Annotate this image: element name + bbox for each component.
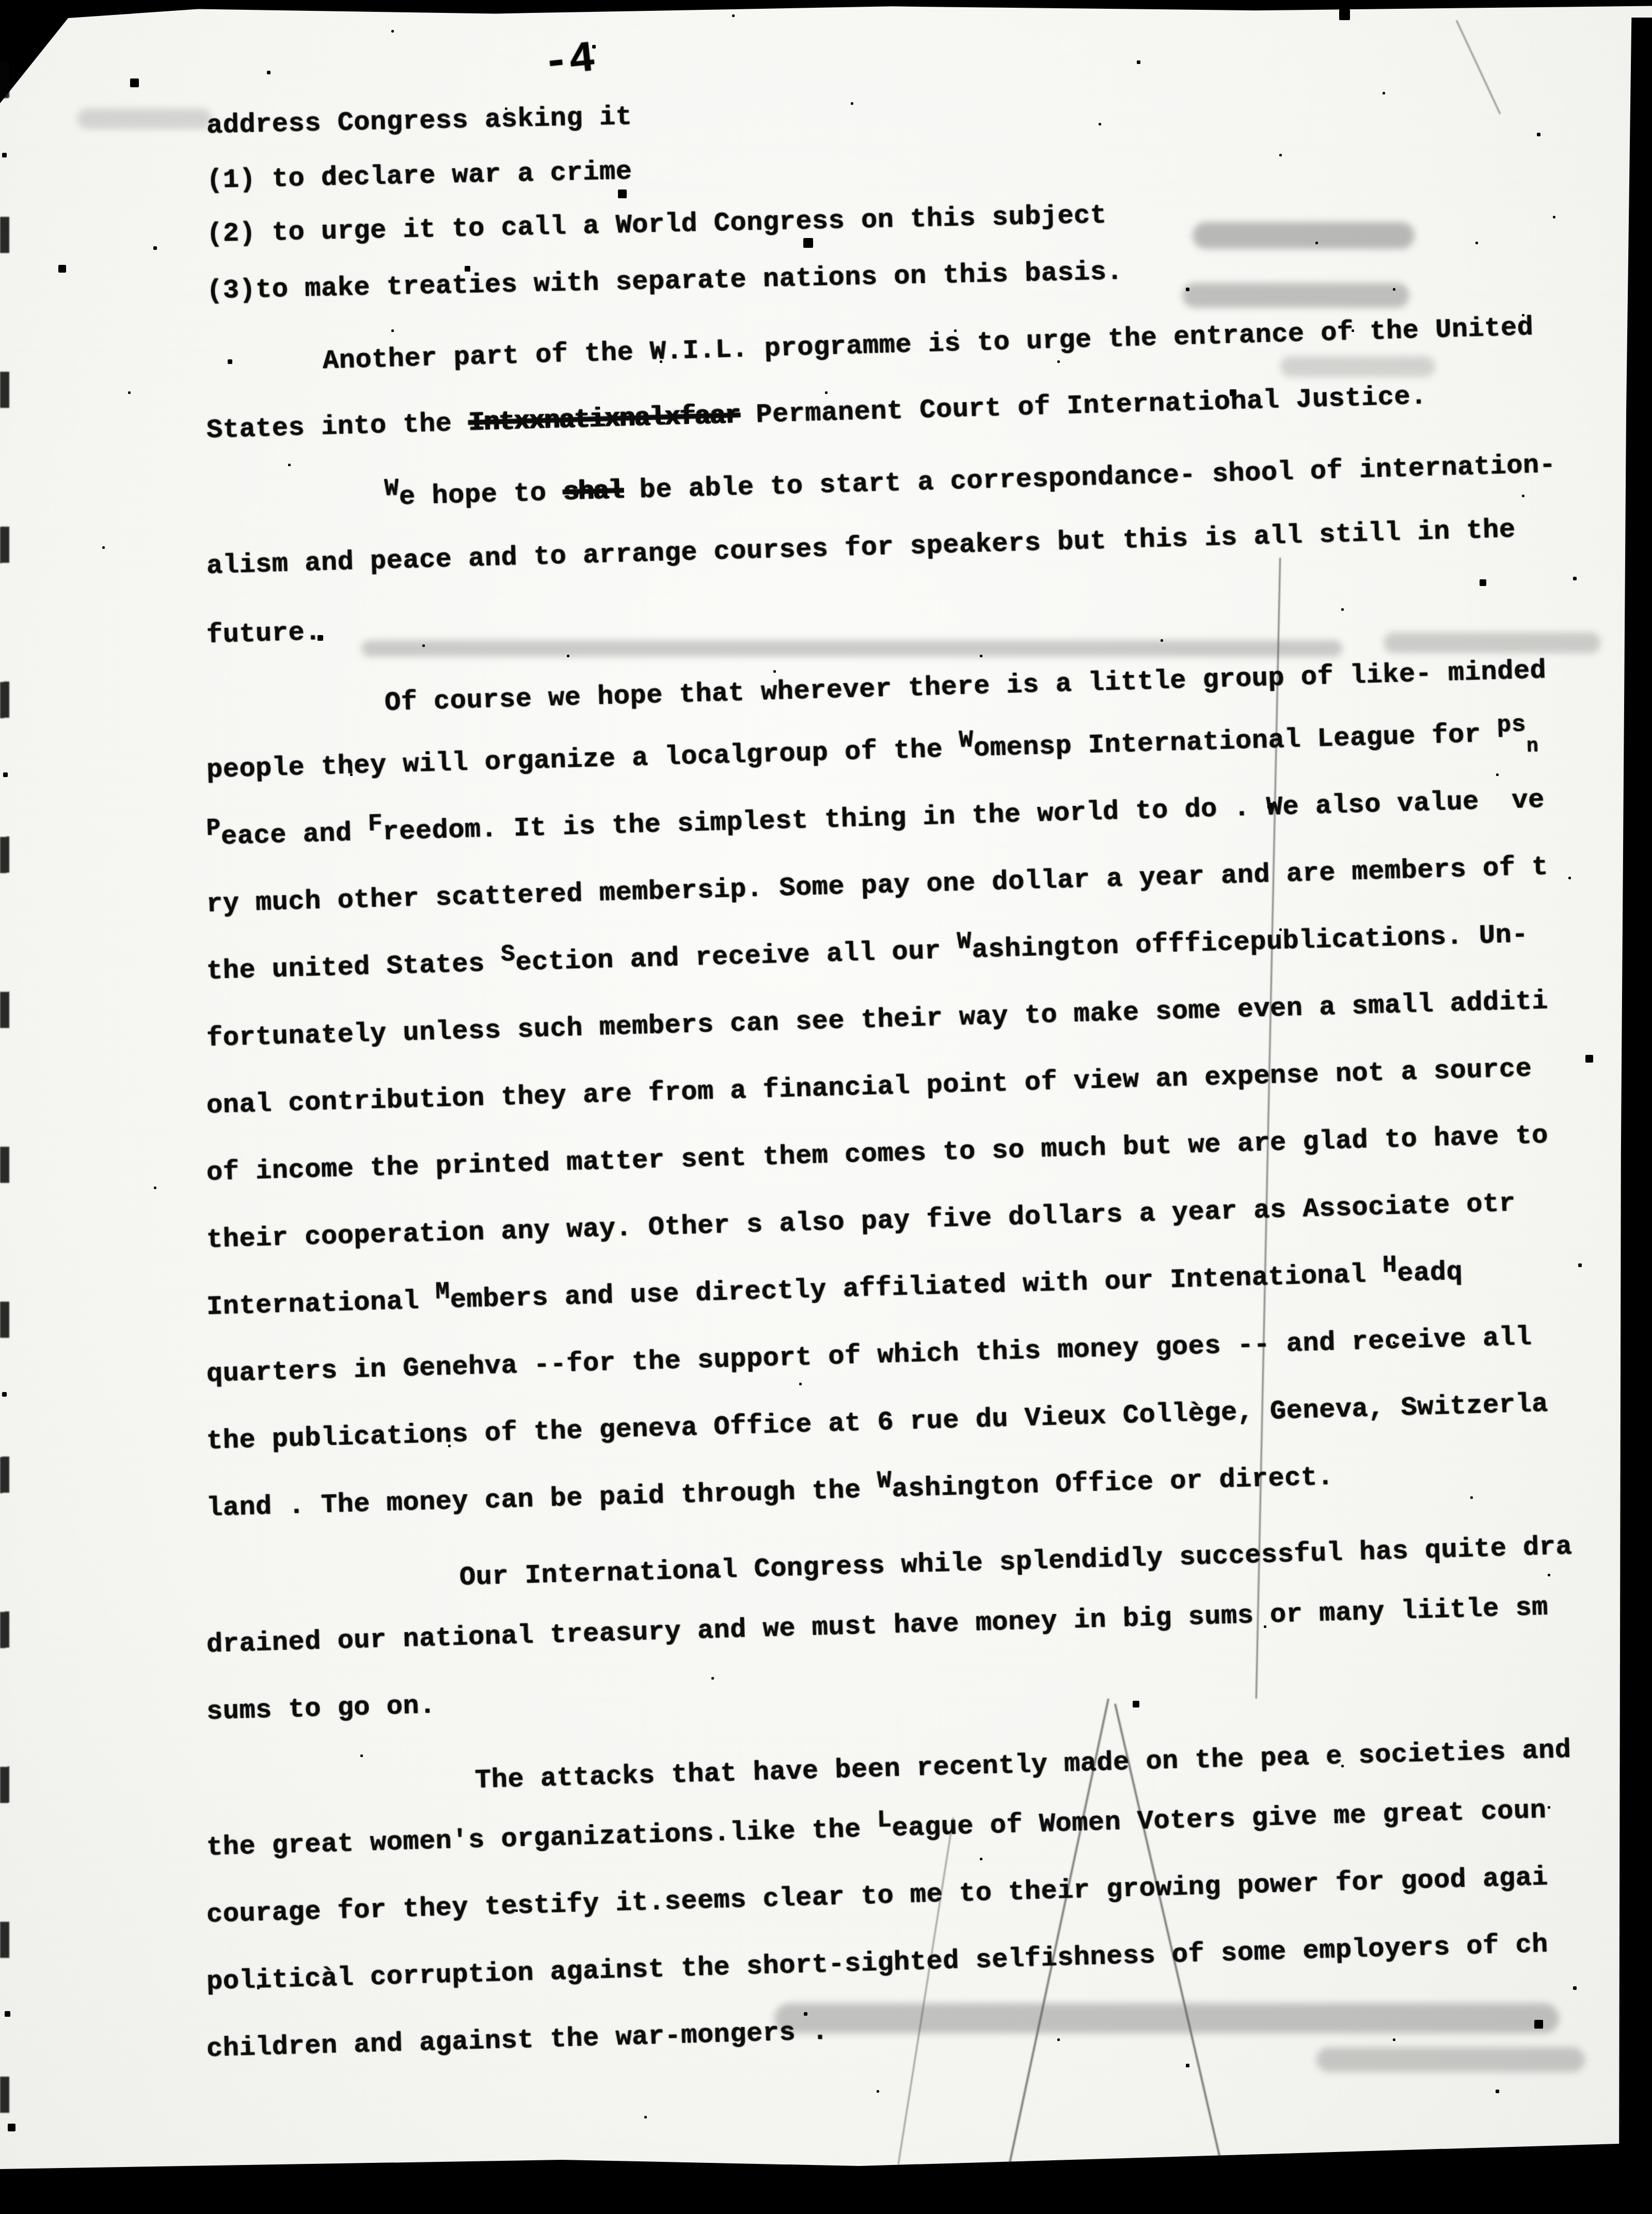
line-text: The attacks that have been recently made…: [474, 1735, 1571, 1796]
scan-smudge: [1182, 283, 1409, 308]
raised-letter: W: [384, 475, 400, 502]
line-text: (2) to urge it to call a World Congress …: [206, 200, 1107, 249]
line-text: address Congress asking it: [206, 102, 632, 141]
typed-line: courage for they testify it.seems clear …: [206, 1862, 1548, 1930]
typed-line: land . The money can be paid through the…: [206, 1462, 1334, 1524]
line-text: ashington Office or direct.: [892, 1462, 1334, 1505]
line-text: e hope to: [399, 477, 563, 512]
typed-line: States into the Intxxnatixnalxfaar Perma…: [206, 381, 1427, 446]
line-text: eadq: [1397, 1257, 1463, 1289]
scan-smudge: [1316, 2047, 1585, 2072]
typed-line: We hope to shal be able to start a corre…: [384, 450, 1556, 513]
crease-top-right: [1456, 20, 1501, 115]
line-text: States into the: [206, 408, 469, 446]
scan-edge-right: [1619, 18, 1652, 2202]
typed-line: future.: [206, 617, 321, 651]
raised-letter: W: [959, 727, 974, 754]
line-text: eague of Women Voters give me great coun: [892, 1795, 1547, 1844]
line-text: (1) to declare war a crime: [206, 156, 632, 196]
line-text: land . The money can be paid through the: [206, 1475, 878, 1524]
raised-letter: F: [368, 810, 383, 837]
line-text: drained our national treasury and we mus…: [206, 1592, 1548, 1660]
raised-letter: W: [877, 1467, 892, 1495]
struck-text: shal: [562, 476, 623, 508]
line-text: Of course we hope that wherever there is…: [384, 655, 1547, 718]
raised-letter: L: [877, 1807, 892, 1834]
fold-crease-faint: [898, 1817, 954, 2164]
typed-line: the great women's organizations.like the…: [206, 1795, 1547, 1863]
line-text: embers and use directly affiliated with …: [450, 1259, 1383, 1315]
typed-line: politicàl corruption against the short-s…: [206, 1929, 1548, 1997]
typed-line: children and against the war-mongers .: [206, 2016, 829, 2064]
correction-mark: ps: [1497, 711, 1527, 739]
typed-line: The attacks that have been recently made…: [474, 1735, 1571, 1796]
typed-line: Our International Congress while splendi…: [459, 1531, 1572, 1593]
raised-letter: H: [1382, 1252, 1397, 1279]
typed-line: quarters in Genehva --for the support of…: [206, 1322, 1532, 1389]
line-text: politicàl corruption against the short-s…: [206, 1929, 1548, 1997]
line-text: alism and peace and to arrange courses f…: [206, 514, 1516, 581]
scan-smudge: [1193, 222, 1415, 249]
correction-mark: n: [1526, 735, 1539, 758]
line-text: Permanent Court of International Justice…: [739, 381, 1427, 431]
line-text: sums to go on.: [206, 1690, 436, 1727]
line-text: ashington offficepublications. Un-: [972, 920, 1529, 966]
line-text: ry much other scattered membersip. Some …: [206, 851, 1548, 920]
typed-line: ry much other scattered membersip. Some …: [206, 851, 1548, 920]
typed-line: address Congress asking it: [206, 102, 632, 141]
scan-smudge: [774, 2003, 1559, 2033]
typed-line: alism and peace and to arrange courses f…: [206, 514, 1516, 581]
line-text: be able to start a correspondance- shool…: [623, 450, 1556, 506]
scanned-page: -4 address Congress asking it (1) to dec…: [0, 0, 1652, 2214]
typed-line: the publications of the geneva Office at…: [206, 1388, 1548, 1457]
typed-line: fortunately unless such members can see …: [206, 986, 1548, 1054]
scan-noise-blobs: [0, 0, 1, 1]
line-text: courage for they testify it.seems clear …: [206, 1862, 1548, 1930]
line-text: onal contribution they are from a financ…: [206, 1053, 1532, 1121]
typed-line: (2) to urge it to call a World Congress …: [206, 200, 1107, 249]
typed-line: their cooperation any way. Other s also …: [206, 1188, 1516, 1255]
line-text: ection and receive all our: [515, 935, 958, 978]
raised-letter: S: [500, 941, 516, 968]
typed-line: International Members and use directly a…: [206, 1257, 1463, 1322]
line-text: (3)to make treaties with separate nation…: [206, 257, 1123, 306]
line-text: people they will organize a localgroup o…: [206, 734, 960, 785]
struck-text: Intxxnatixnalxfaar: [468, 400, 740, 438]
line-text: International: [206, 1286, 436, 1322]
line-text: the great women's organizations.like the: [206, 1814, 878, 1863]
page-number: -4: [541, 35, 597, 89]
line-text: of income the printed matter sent them c…: [206, 1120, 1548, 1188]
scan-smudge: [1280, 356, 1435, 377]
scan-edge-top-left: [0, 0, 83, 103]
scan-edge-left-marks: [0, 62, 9, 2169]
typed-line: people they will organize a localgroup o…: [206, 718, 1538, 785]
typed-line: of income the printed matter sent them c…: [206, 1120, 1548, 1188]
line-text: future.: [206, 617, 321, 651]
scan-smudge: [77, 108, 212, 129]
raised-letter: M: [435, 1278, 451, 1306]
scan-edge-top: [0, 0, 1652, 23]
scan-smudge: [361, 640, 1342, 657]
line-text: fortunately unless such members can see …: [206, 986, 1548, 1054]
typed-line: (3)to make treaties with separate nation…: [206, 257, 1123, 306]
line-text: quarters in Genehva --for the support of…: [206, 1322, 1532, 1389]
line-text: their cooperation any way. Other s also …: [206, 1188, 1516, 1255]
typed-line: sums to go on.: [206, 1690, 436, 1727]
typed-line: (1) to declare war a crime: [206, 156, 632, 196]
typed-line: drained our national treasury and we mus…: [206, 1592, 1548, 1660]
line-text: the publications of the geneva Office at…: [206, 1388, 1548, 1457]
raised-letter: W: [957, 928, 972, 956]
typed-line: onal contribution they are from a financ…: [206, 1053, 1532, 1121]
typed-line: Peace and Freedom. It is the simplest th…: [206, 785, 1545, 852]
typed-line: the united States Section and receive al…: [206, 920, 1529, 987]
scan-edge-bottom: [0, 2137, 1652, 2214]
line-text: Our International Congress while splendi…: [459, 1531, 1572, 1593]
line-text: omensp International League for: [973, 719, 1498, 764]
raised-letter: P: [206, 815, 221, 842]
line-text: reedom. It is the simplest thing in the …: [383, 785, 1545, 848]
line-text: the united States: [206, 948, 501, 987]
line-text: eace and: [220, 817, 369, 852]
typed-line: Of course we hope that wherever there is…: [384, 655, 1547, 718]
line-text: children and against the war-mongers .: [206, 2016, 829, 2064]
scan-smudge: [1384, 632, 1600, 653]
